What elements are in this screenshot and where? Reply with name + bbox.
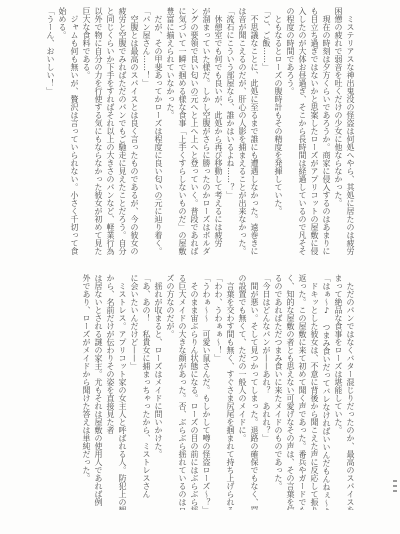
dialogue-column: 「パン屋さん……！」 <box>140 7 152 255</box>
text-column: ドキッとした彼女は、不意に背後から聞こえた声に反応して振り <box>308 274 320 510</box>
text-column: 以外で物に自分の力を行使する気にもならなかった彼女が初めて見た <box>92 7 104 255</box>
text-column: が溜まっていた様だ。しかし空腹がさらに勝ったのかローズはボルダリ <box>200 7 212 255</box>
text-column: く、知的な屋敷の者とも思えない可愛げなその声は、その言葉を信じ <box>284 274 296 510</box>
text-column: る巨大メイドの大きな顔があった。否、ぶらぶら揺れているのはロー <box>176 274 188 510</box>
dialogue-column: 「流石にこういう部屋なら、誰かはいるよね……？」 <box>224 7 236 255</box>
text-column: も目立ち過ぎではないかと思案したローズがアプリコットの屋敷に侵 <box>308 7 320 255</box>
text-column: ミステリアスな神出鬼没の怪盗は何処へやら、其処に居たのは疲労 <box>344 7 356 255</box>
dialogue-column: に会いたいんだけど——」 <box>128 274 140 510</box>
text-column: 不思議なことに、此処に至るまで誰にも遭遇しなかった。遠巻きに <box>248 7 260 255</box>
dialogue-column: 「今日はどんなパンが——あれ？ あれれ？」 <box>260 274 272 510</box>
text-column: ただのパンではなくバター混じりだったのか、最高のスパイスを加 <box>344 274 356 510</box>
text-column: は音が聞こえるのだが、肝心の人影を捕まえることが出来なかった。 <box>236 7 248 255</box>
dialogue-column: 「はぁ〜♪ つまみ食いだってバレなければいいんだもんねぇ〜♪」 <box>320 274 332 510</box>
text-column: 休憩室でも何でも良いが、此処から再び移動して考えるには疲労 <box>212 7 224 255</box>
text-column: から、名前だけが伝わりその姿を直接見た者 <box>104 274 116 510</box>
text-column: るのであればただつまみ食いに来たメイドのものであった。 <box>272 274 284 510</box>
page-marker-tick <box>393 490 397 492</box>
text-column: の設置でも無くて、ただの一般人のメイドに。 <box>236 274 248 510</box>
text-column: 空腹とは最高のスパイスとは良く言ったものであるが、今の彼女の <box>128 7 140 255</box>
text-column: ジャムも何も無いが、贅沢は言っていられない。小さく千切って食べ <box>68 7 80 255</box>
text-column: まって絶品な食事をローズは堪能していた。 <box>332 274 344 510</box>
text-column: と同じくらいか下手をすればそれ以上の大きさのパンなど、軽業行為 <box>104 7 116 255</box>
text-column: 始める。 <box>56 7 68 255</box>
text-column: ミストレス。アプリコット家の女主人と呼ばれる人。防犯上の観点 <box>116 274 128 510</box>
text-column: 間が悪い。そして見つかってしまった。退路の確保でもなく、罠 <box>248 274 260 510</box>
text-column: だが、その甲斐あってかローズは程度に良い匂いの元に辿り着く。 <box>152 7 164 255</box>
text-column: に気づいて一瞬で掴める様な食事「上手くすらしないものだ」の屋敷は <box>176 7 188 255</box>
page-marker-tick <box>393 480 397 482</box>
text-column: の程度の時間であろう。 <box>284 7 296 255</box>
text-column: は居ないとされる謎の家主。尤もそれは屋敷の使用人であれば例 <box>92 274 104 510</box>
text-column: ズの方なのだが。 <box>164 274 176 510</box>
dialogue-column: 「うわぁ〜〜 可愛い鼠さんだ。もしかして噂の怪盗ローズ〜？」 <box>200 274 212 510</box>
text-column: 困憊の疲れで弱音を吐くだけの少女に他ならなかった。 <box>332 7 344 255</box>
dialogue-column: 「うーん、おいしい！」 <box>44 7 56 255</box>
text-column: そのまま宙ぶらりん状態になる。ローズの目の前にはぶらぶら揺れ <box>188 274 200 510</box>
text-column: 豊富に揃えられていなかった。 <box>164 7 176 255</box>
page-marker-tick <box>393 485 397 487</box>
text-column: 疲労と空腹でみればただのパンでもご馳走に見えたことだろう。自分 <box>116 7 128 255</box>
text-column: ともなるとローズの腹時計もその精度を発揮していた。 <box>272 7 284 255</box>
dialogue-column: 「あ、あの！ 私貴女に捕まっちゃったから、ミストレスさん <box>140 274 152 510</box>
text-column: ングの要領で良い匂いの元へと上へ上へと登っていく。普段であれば <box>188 7 200 255</box>
text-column: 入したのが大体お昼過ぎ、そこから長時間は経過しているので凡そそ <box>296 7 308 255</box>
text-column: 巨大な食料である。 <box>80 7 92 255</box>
text-column: 外であり、ローズがメイドから聞けた答えは単純だった。 <box>80 274 92 510</box>
text-column: 現在の時刻は夕方くらいであろうか。商家に侵入するのはあまりに <box>320 7 332 255</box>
text-column: 揺れが収まると、ローズはメイドに問いかけた。 <box>152 274 164 510</box>
dialogue-column: 「ご、ご飯……」 <box>260 7 272 255</box>
text-column: 返った。この屋敷に来て初めて聞く声であった。番兵やガードでもな <box>296 274 308 510</box>
dialogue-column: 「わわ、うわぁぁ〜！」 <box>212 274 224 510</box>
bottom-tier-text: ただのパンではなくバター混じりだったのか、最高のスパイスを加 まって絶品な食事を… <box>80 274 356 510</box>
text-column: 言葉を交わす間も無く、すぐさま尻尾を掴まれて持ち上げられる。 <box>224 274 236 510</box>
page-marker <box>393 480 397 492</box>
top-tier-text: ミステリアスな神出鬼没の怪盗は何処へやら、其処に居たのは疲労 困憊の疲れで弱音を… <box>44 7 356 255</box>
